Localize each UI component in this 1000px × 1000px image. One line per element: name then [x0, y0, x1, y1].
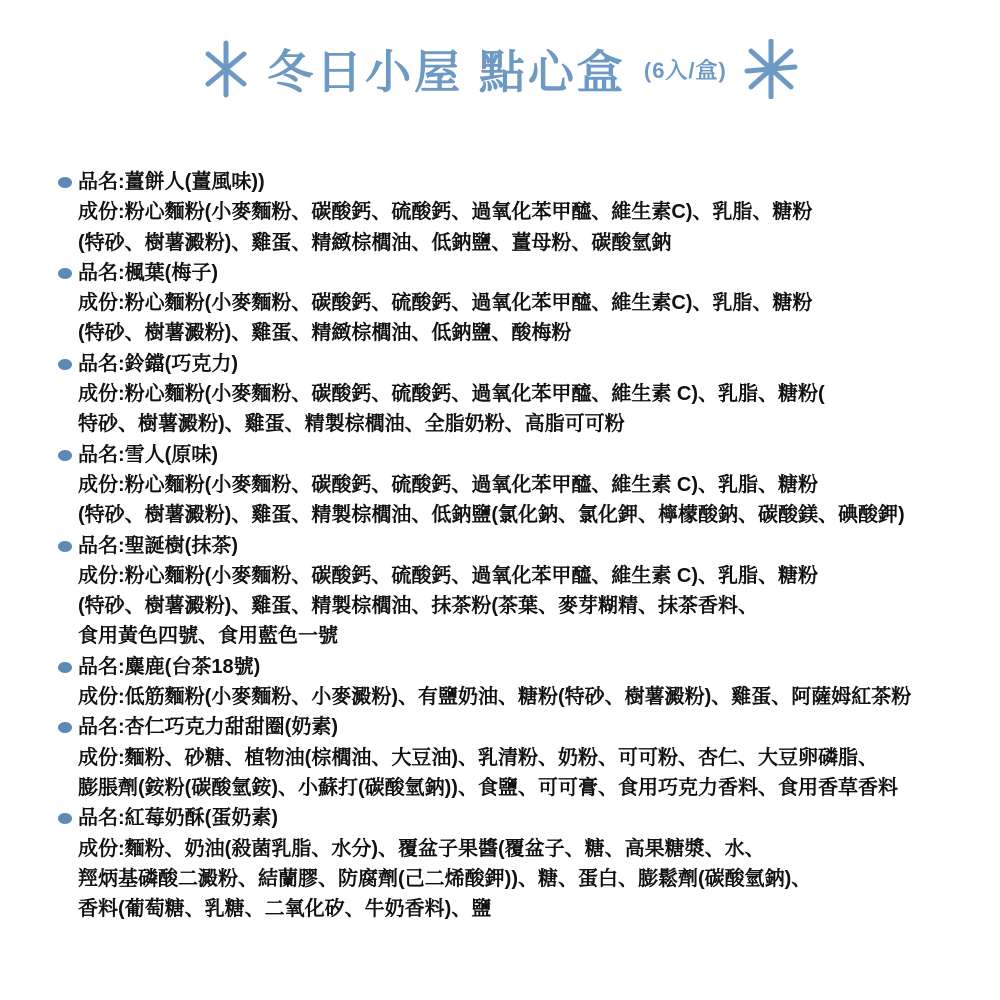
- page-title-subtitle: (6入/盒): [644, 54, 727, 85]
- ingredient-line: 成份:低筋麵粉(小麥麵粉、小麥澱粉)、有鹽奶油、糖粉(特砂、樹薯澱粉)、雞蛋、阿…: [78, 682, 978, 712]
- product-name-line: 品名:雪人(原味): [78, 440, 978, 470]
- ingredient-line: 食用黃色四號、食用藍色一號: [78, 621, 978, 651]
- bullet-icon: [58, 177, 72, 188]
- ingredient-line: 羥炳基磷酸二澱粉、結蘭膠、防腐劑(己二烯酸鉀))、糖、蛋白、膨鬆劑(碳酸氫鈉)、: [78, 864, 978, 894]
- bullet-icon: [58, 268, 72, 279]
- product-list: 品名:薑餅人(薑風味)) 成份:粉心麵粉(小麥麵粉、碳酸鈣、硫酸鈣、過氧化苯甲醯…: [58, 167, 978, 924]
- ingredient-line: (特砂、樹薯澱粉)、雞蛋、精製棕櫚油、低鈉鹽(氯化鈉、氯化鉀、檸檬酸鈉、碳酸鎂、…: [78, 500, 978, 530]
- product-item: 品名:紅莓奶酥(蛋奶素) 成份:麵粉、奶油(殺菌乳脂、水分)、覆盆子果醬(覆盆子…: [58, 803, 978, 924]
- ingredient-line: 成份:粉心麵粉(小麥麵粉、碳酸鈣、硫酸鈣、過氧化苯甲醯、維生素C)、乳脂、糖粉: [78, 197, 978, 227]
- bullet-icon: [58, 541, 72, 552]
- product-item: 品名:薑餅人(薑風味)) 成份:粉心麵粉(小麥麵粉、碳酸鈣、硫酸鈣、過氧化苯甲醯…: [58, 167, 978, 258]
- ingredient-line: 成份:粉心麵粉(小麥麵粉、碳酸鈣、硫酸鈣、過氧化苯甲醯、維生素 C)、乳脂、糖粉: [78, 470, 978, 500]
- bullet-icon: [58, 450, 72, 461]
- ingredient-line: 成份:麵粉、奶油(殺菌乳脂、水分)、覆盆子果醬(覆盆子、糖、高果糖漿、水、: [78, 834, 978, 864]
- snowflake-icon-left: [201, 40, 251, 98]
- product-item: 品名:楓葉(梅子) 成份:粉心麵粉(小麥麵粉、碳酸鈣、硫酸鈣、過氧化苯甲醯、維生…: [58, 258, 978, 349]
- ingredient-line: 香料(葡萄糖、乳糖、二氧化矽、牛奶香料)、鹽: [78, 894, 978, 924]
- product-name-line: 品名:鈴鐺(巧克力): [78, 349, 978, 379]
- bullet-icon: [58, 722, 72, 733]
- page-title: 冬日小屋 點心盒: [267, 36, 626, 102]
- ingredient-line: (特砂、樹薯澱粉)、雞蛋、精緻棕櫚油、低鈉鹽、薑母粉、碳酸氫鈉: [78, 228, 978, 258]
- ingredient-line: 成份:粉心麵粉(小麥麵粉、碳酸鈣、硫酸鈣、過氧化苯甲醯、維生素 C)、乳脂、糖粉…: [78, 379, 978, 409]
- bullet-icon: [58, 662, 72, 673]
- product-name-line: 品名:麋鹿(台茶18號): [78, 652, 978, 682]
- ingredient-line: (特砂、樹薯澱粉)、雞蛋、精緻棕櫚油、低鈉鹽、酸梅粉: [78, 318, 978, 348]
- bullet-icon: [58, 813, 72, 824]
- product-item: 品名:麋鹿(台茶18號) 成份:低筋麵粉(小麥麵粉、小麥澱粉)、有鹽奶油、糖粉(…: [58, 652, 978, 713]
- ingredient-line: 成份:粉心麵粉(小麥麵粉、碳酸鈣、硫酸鈣、過氧化苯甲醯、維生素C)、乳脂、糖粉: [78, 288, 978, 318]
- page: 冬日小屋 點心盒 (6入/盒) 品名:薑餅人(薑風味)) 成份:粉心麵粉(小麥麵…: [0, 0, 1000, 1000]
- product-item: 品名:雪人(原味) 成份:粉心麵粉(小麥麵粉、碳酸鈣、硫酸鈣、過氧化苯甲醯、維生…: [58, 440, 978, 531]
- ingredient-line: 膨脹劑(銨粉(碳酸氫銨)、小蘇打(碳酸氫鈉))、食鹽、可可膏、食用巧克力香料、食…: [78, 773, 978, 803]
- bullet-icon: [58, 359, 72, 370]
- ingredient-line: 成份:粉心麵粉(小麥麵粉、碳酸鈣、硫酸鈣、過氧化苯甲醯、維生素 C)、乳脂、糖粉: [78, 561, 978, 591]
- product-name-line: 品名:紅莓奶酥(蛋奶素): [78, 803, 978, 833]
- ingredient-line: 成份:麵粉、砂糖、植物油(棕櫚油、大豆油)、乳清粉、奶粉、可可粉、杏仁、大豆卵磷…: [78, 743, 978, 773]
- product-item: 品名:聖誕樹(抹茶) 成份:粉心麵粉(小麥麵粉、碳酸鈣、硫酸鈣、過氧化苯甲醯、維…: [58, 531, 978, 652]
- ingredient-line: 特砂、樹薯澱粉)、雞蛋、精製棕櫚油、全脂奶粉、高脂可可粉: [78, 409, 978, 439]
- product-name-line: 品名:杏仁巧克力甜甜圈(奶素): [78, 712, 978, 742]
- product-item: 品名:杏仁巧克力甜甜圈(奶素) 成份:麵粉、砂糖、植物油(棕櫚油、大豆油)、乳清…: [58, 712, 978, 803]
- product-name-line: 品名:楓葉(梅子): [78, 258, 978, 288]
- ingredient-line: (特砂、樹薯澱粉)、雞蛋、精製棕櫚油、抹茶粉(茶葉、麥芽糊精、抹茶香料、: [78, 591, 978, 621]
- page-header: 冬日小屋 點心盒 (6入/盒): [0, 36, 1000, 102]
- snowflake-icon-right: [743, 39, 799, 99]
- product-item: 品名:鈴鐺(巧克力) 成份:粉心麵粉(小麥麵粉、碳酸鈣、硫酸鈣、過氧化苯甲醯、維…: [58, 349, 978, 440]
- product-name-line: 品名:薑餅人(薑風味)): [78, 167, 978, 197]
- product-name-line: 品名:聖誕樹(抹茶): [78, 531, 978, 561]
